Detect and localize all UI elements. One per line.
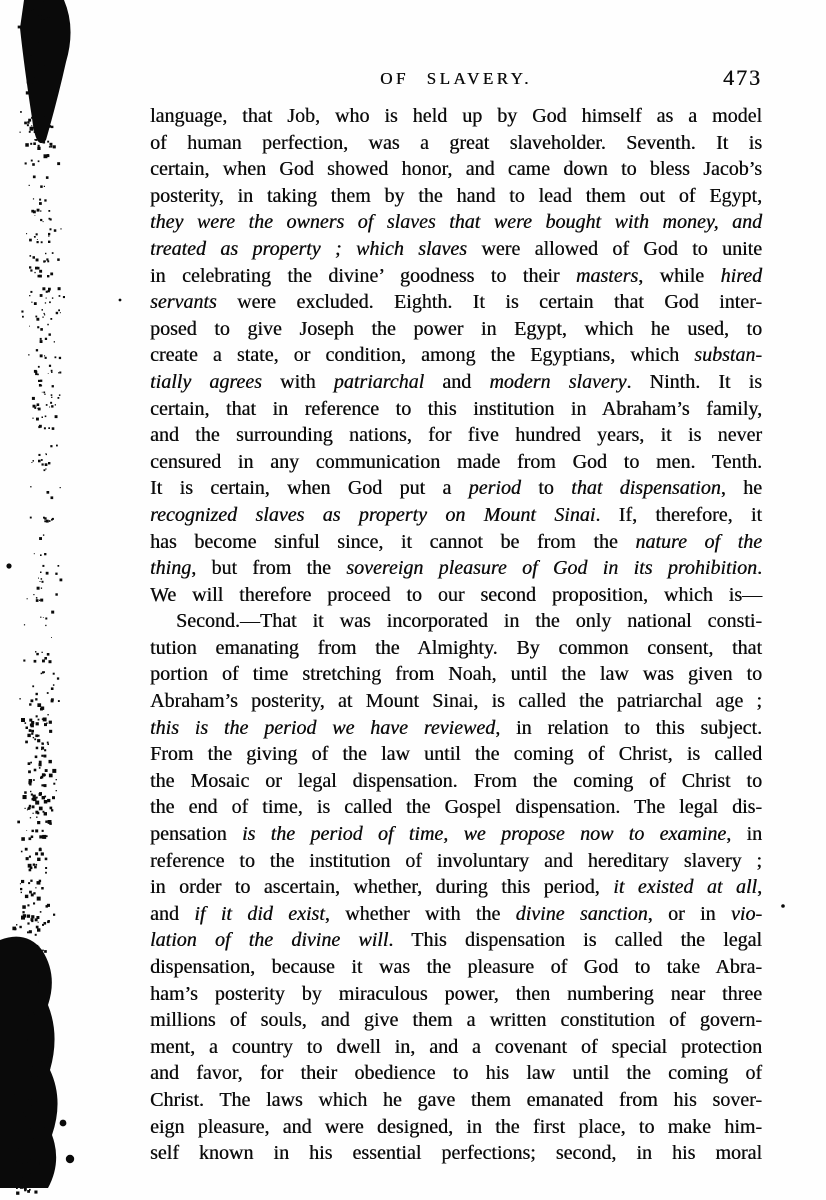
italic-segment: treated as property ; which slaves (150, 238, 467, 260)
text-line: From the giving of the law until the com… (150, 741, 762, 768)
text-segment: and favor, for their obedience to his la… (150, 1062, 762, 1084)
text-line: ment, a country to dwell in, and a coven… (150, 1034, 762, 1061)
text-line: ham’s posterity by miraculous power, the… (150, 981, 762, 1008)
text-segment: of human perfection, was a great slaveho… (150, 132, 762, 154)
text-segment: and (424, 371, 489, 393)
text-line: of human perfection, was a great slaveho… (150, 130, 762, 157)
italic-segment: that dispensation (571, 477, 721, 499)
text-line: self known in his essential perfections;… (150, 1140, 762, 1167)
text-segment: From the giving of the law until the com… (150, 743, 762, 765)
text-segment: in order to ascertain, whether, during t… (150, 876, 613, 898)
italic-segment: thing (150, 557, 191, 579)
page-number: 473 (723, 65, 762, 91)
text-segment: posterity, in taking them by the hand to… (150, 185, 762, 207)
text-segment: Abraham’s posterity, at Mount Sinai, is … (150, 690, 762, 712)
italic-segment: vio- (731, 903, 762, 925)
text-segment: in celebrating the divine’ goodness to t… (150, 265, 576, 287)
text-segment: the Mosaic or legal dispensation. From t… (150, 770, 762, 792)
italic-segment: it existed at all (613, 876, 757, 898)
text-segment: We will therefore proceed to our second … (150, 584, 762, 606)
text-segment: millions of souls, and give them a writt… (150, 1009, 762, 1031)
text-segment: . Ninth. It is (626, 371, 762, 393)
italic-segment: servants (150, 291, 217, 313)
text-segment: with (262, 371, 334, 393)
italic-segment: period (469, 477, 521, 499)
running-title: OF SLAVERY. (150, 69, 762, 89)
italic-segment: tially agrees (150, 371, 262, 393)
text-segment: has become sinful since, it cannot be fr… (150, 531, 635, 553)
italic-segment: nature of the (635, 531, 762, 553)
text-segment: certain, when God showed honor, and came… (150, 158, 762, 180)
italic-segment: this is the period we have reviewed (150, 717, 495, 739)
text-segment: tution emanating from the Almighty. By c… (150, 637, 762, 659)
text-line: pensation is the period of time, we prop… (150, 821, 762, 848)
text-line: reference to the institution of involunt… (150, 848, 762, 875)
text-line: and if it did exist, whether with the di… (150, 901, 762, 928)
italic-segment: divine sanction (516, 903, 648, 925)
text-segment: Christ. The laws which he gave them eman… (150, 1089, 762, 1111)
text-line: the end of time, is called the Gospel di… (150, 794, 762, 821)
text-line: and favor, for their obedience to his la… (150, 1060, 762, 1087)
italic-segment: lation of the divine will (150, 929, 388, 951)
text-segment: , he (721, 477, 762, 499)
text-segment: language, that Job, who is held up by Go… (150, 105, 762, 127)
text-line: in celebrating the divine’ goodness to t… (150, 263, 762, 290)
body-text: language, that Job, who is held up by Go… (150, 103, 762, 1167)
text-segment: portion of time stretching from Noah, un… (150, 663, 762, 685)
text-segment: , or in (648, 903, 731, 925)
text-line: We will therefore proceed to our second … (150, 582, 762, 609)
text-line: Christ. The laws which he gave them eman… (150, 1087, 762, 1114)
text-segment: create a state, or condition, among the … (150, 344, 694, 366)
text-line: posterity, in taking them by the hand to… (150, 183, 762, 210)
text-line: the Mosaic or legal dispensation. From t… (150, 768, 762, 795)
italic-segment: modern slavery (489, 371, 626, 393)
italic-segment: patriarchal (334, 371, 424, 393)
text-segment: certain, that in reference to this insti… (150, 398, 762, 420)
text-line: eign pleasure, and were designed, in the… (150, 1114, 762, 1141)
italic-segment: is the period of time, we propose now to… (242, 823, 726, 845)
text-line: create a state, or condition, among the … (150, 342, 762, 369)
text-segment: , in relation to this subject. (495, 717, 762, 739)
text-segment: ment, a country to dwell in, and a coven… (150, 1036, 762, 1058)
text-segment: It is certain, when God put a (150, 477, 469, 499)
text-segment: and (150, 903, 194, 925)
text-segment: . This dispensation is called the legal (388, 929, 762, 951)
text-segment: eign pleasure, and were designed, in the… (150, 1116, 762, 1138)
text-segment: , (757, 876, 762, 898)
page-header: OF SLAVERY. 473 (150, 69, 762, 101)
text-line: Abraham’s posterity, at Mount Sinai, is … (150, 688, 762, 715)
text-segment: , whether with the (325, 903, 516, 925)
book-page: OF SLAVERY. 473 language, that Job, who … (0, 0, 826, 1200)
text-line: this is the period we have reviewed, in … (150, 715, 762, 742)
text-line: certain, when God showed honor, and came… (150, 156, 762, 183)
italic-segment: sovereign pleasure of God in its prohibi… (346, 557, 757, 579)
text-line: they were the owners of slaves that were… (150, 209, 762, 236)
text-line: lation of the divine will. This dispensa… (150, 927, 762, 954)
text-segment: posed to give Joseph the power in Egypt,… (150, 318, 762, 340)
text-line: tution emanating from the Almighty. By c… (150, 635, 762, 662)
italic-segment: substan- (694, 344, 762, 366)
text-line: servants were excluded. Eighth. It is ce… (150, 289, 762, 316)
text-segment: , in (726, 823, 762, 845)
text-segment: self known in his essential perfections;… (150, 1142, 762, 1164)
text-segment: Second.—That it was incorporated in the … (176, 610, 762, 632)
italic-segment: they were the owners of slaves that were… (150, 211, 762, 233)
text-line: It is certain, when God put a period to … (150, 475, 762, 502)
text-line: recognized slaves as property on Mount S… (150, 502, 762, 529)
italic-segment: masters (576, 265, 638, 287)
text-segment: the end of time, is called the Gospel di… (150, 796, 762, 818)
text-line: dispensation, because it was the pleasur… (150, 954, 762, 981)
text-line: tially agrees with patriarchal and moder… (150, 369, 762, 396)
italic-segment: hired (721, 265, 762, 287)
text-line: language, that Job, who is held up by Go… (150, 103, 762, 130)
text-line: and the surrounding nations, for five hu… (150, 422, 762, 449)
text-segment: . If, therefore, it (595, 504, 762, 526)
text-line: in order to ascertain, whether, during t… (150, 874, 762, 901)
italic-segment: if it did exist (194, 903, 325, 925)
text-line: posed to give Joseph the power in Egypt,… (150, 316, 762, 343)
text-segment: and the surrounding nations, for five hu… (150, 424, 762, 446)
text-line: certain, that in reference to this insti… (150, 396, 762, 423)
text-segment: were allowed of God to unite (467, 238, 762, 260)
text-line: millions of souls, and give them a writt… (150, 1007, 762, 1034)
text-line: thing, but from the sovereign pleasure o… (150, 555, 762, 582)
text-segment: , but from the (191, 557, 346, 579)
text-segment: , while (638, 265, 720, 287)
text-segment: were excluded. Eighth. It is certain tha… (217, 291, 762, 313)
text-line: censured in any communication made from … (150, 449, 762, 476)
text-segment: to (521, 477, 571, 499)
text-line: portion of time stretching from Noah, un… (150, 661, 762, 688)
text-segment: . (757, 557, 762, 579)
text-segment: dispensation, because it was the pleasur… (150, 956, 762, 978)
text-segment: censured in any communication made from … (150, 451, 762, 473)
text-segment: pensation (150, 823, 242, 845)
text-segment: reference to the institution of involunt… (150, 850, 762, 872)
italic-segment: recognized slaves as property on Mount S… (150, 504, 595, 526)
text-segment: ham’s posterity by miraculous power, the… (150, 983, 762, 1005)
text-line: Second.—That it was incorporated in the … (150, 608, 762, 635)
text-line: has become sinful since, it cannot be fr… (150, 529, 762, 556)
text-line: treated as property ; which slaves were … (150, 236, 762, 263)
